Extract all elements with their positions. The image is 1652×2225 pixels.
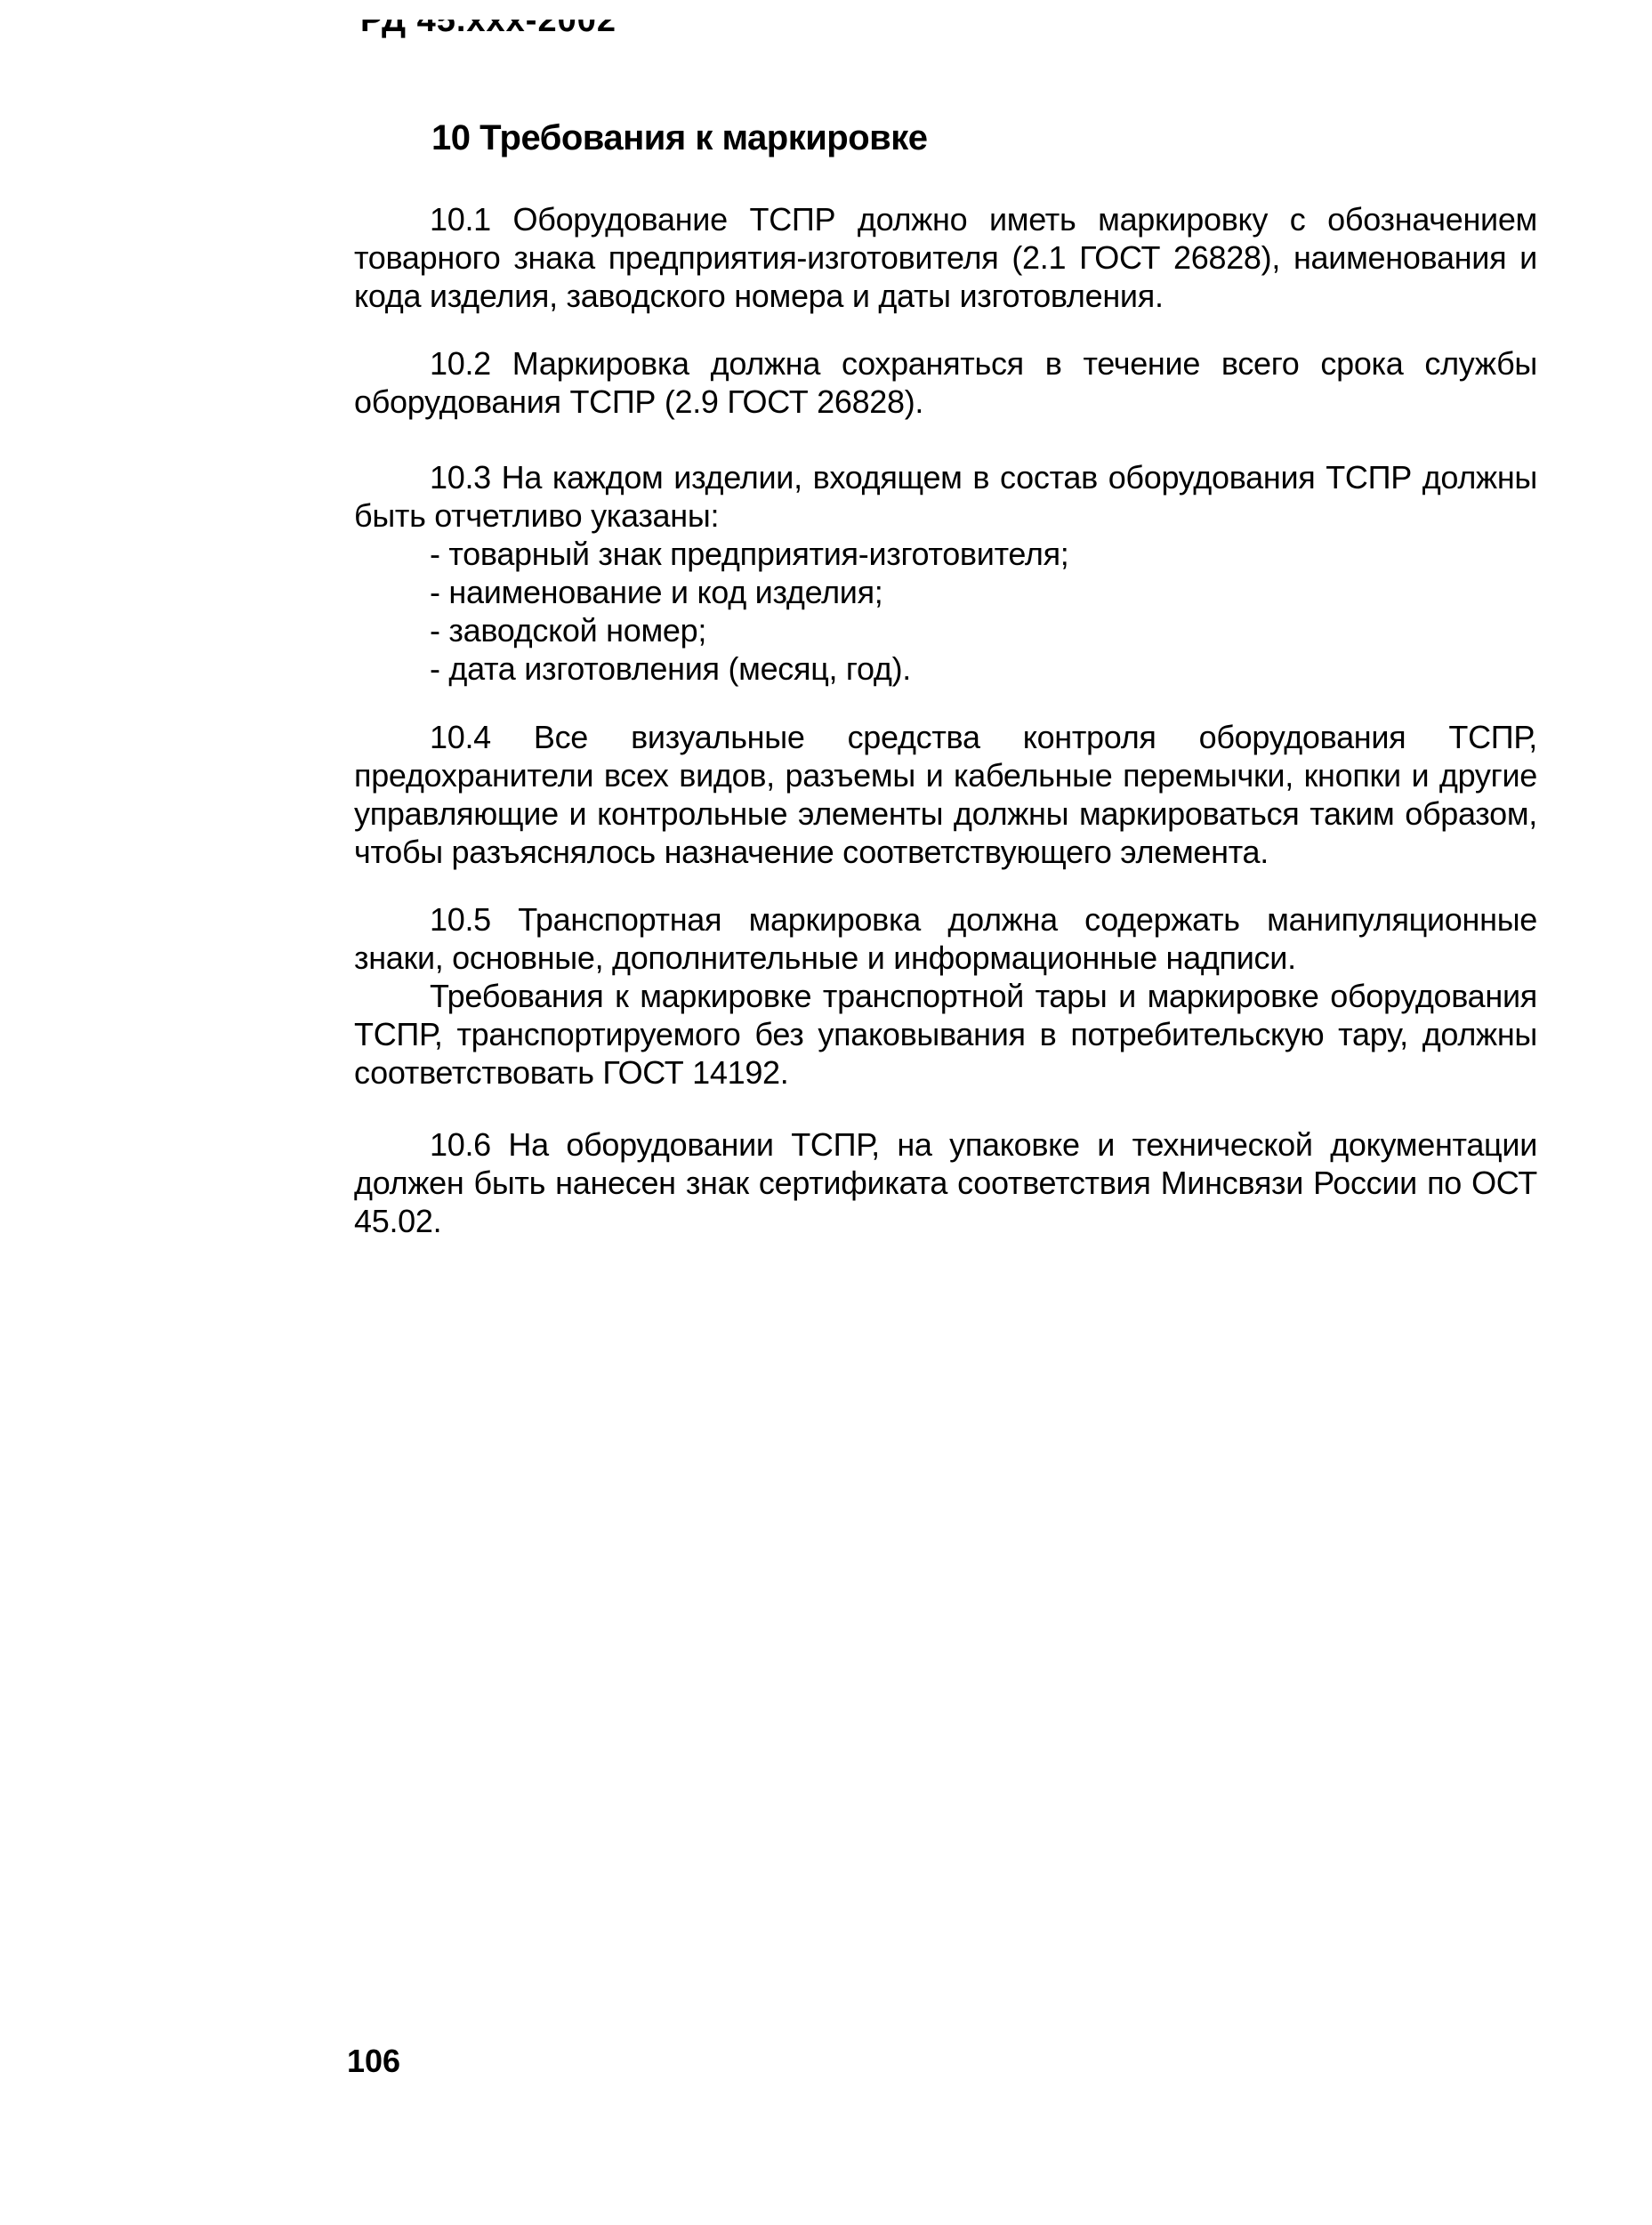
paragraph-text: 10.1 Оборудование ТСПР должно иметь марк… [354, 200, 1537, 315]
paragraph-text: 10.3 На каждом изделии, входящем в соста… [354, 458, 1537, 535]
paragraph-text: 10.2 Маркировка должна сохраняться в теч… [354, 344, 1537, 421]
section-heading: 10 Требования к маркировке [431, 118, 928, 158]
paragraph-10-1: 10.1 Оборудование ТСПР должно иметь марк… [354, 200, 1537, 315]
paragraph-10-3: 10.3 На каждом изделии, входящем в соста… [354, 458, 1537, 688]
paragraph-10-5: 10.5 Транспортная маркировка должна соде… [354, 900, 1537, 1092]
paragraph-text: Требования к маркировке транспортной тар… [354, 977, 1537, 1092]
list-item: - товарный знак предприятия-изготовителя… [354, 535, 1537, 573]
page-number: 106 [347, 2043, 400, 2080]
paragraph-10-6: 10.6 На оборудовании ТСПР, на упаковке и… [354, 1125, 1537, 1240]
running-header: РД 45.xxx-2002 [360, 20, 616, 41]
paragraph-text: 10.4 Все визуальные средства контроля об… [354, 718, 1537, 871]
running-header-text: РД 45.xxx-2002 [360, 20, 616, 37]
paragraph-10-2: 10.2 Маркировка должна сохраняться в теч… [354, 344, 1537, 421]
paragraph-10-4: 10.4 Все визуальные средства контроля об… [354, 718, 1537, 871]
list-item: - наименование и код изделия; [354, 573, 1537, 611]
paragraph-text: 10.5 Транспортная маркировка должна соде… [354, 900, 1537, 977]
list-item: - дата изготовления (месяц, год). [354, 649, 1537, 688]
list-item: - заводской номер; [354, 611, 1537, 649]
paragraph-text: 10.6 На оборудовании ТСПР, на упаковке и… [354, 1125, 1537, 1240]
required-markings-list: - товарный знак предприятия-изготовителя… [354, 535, 1537, 688]
